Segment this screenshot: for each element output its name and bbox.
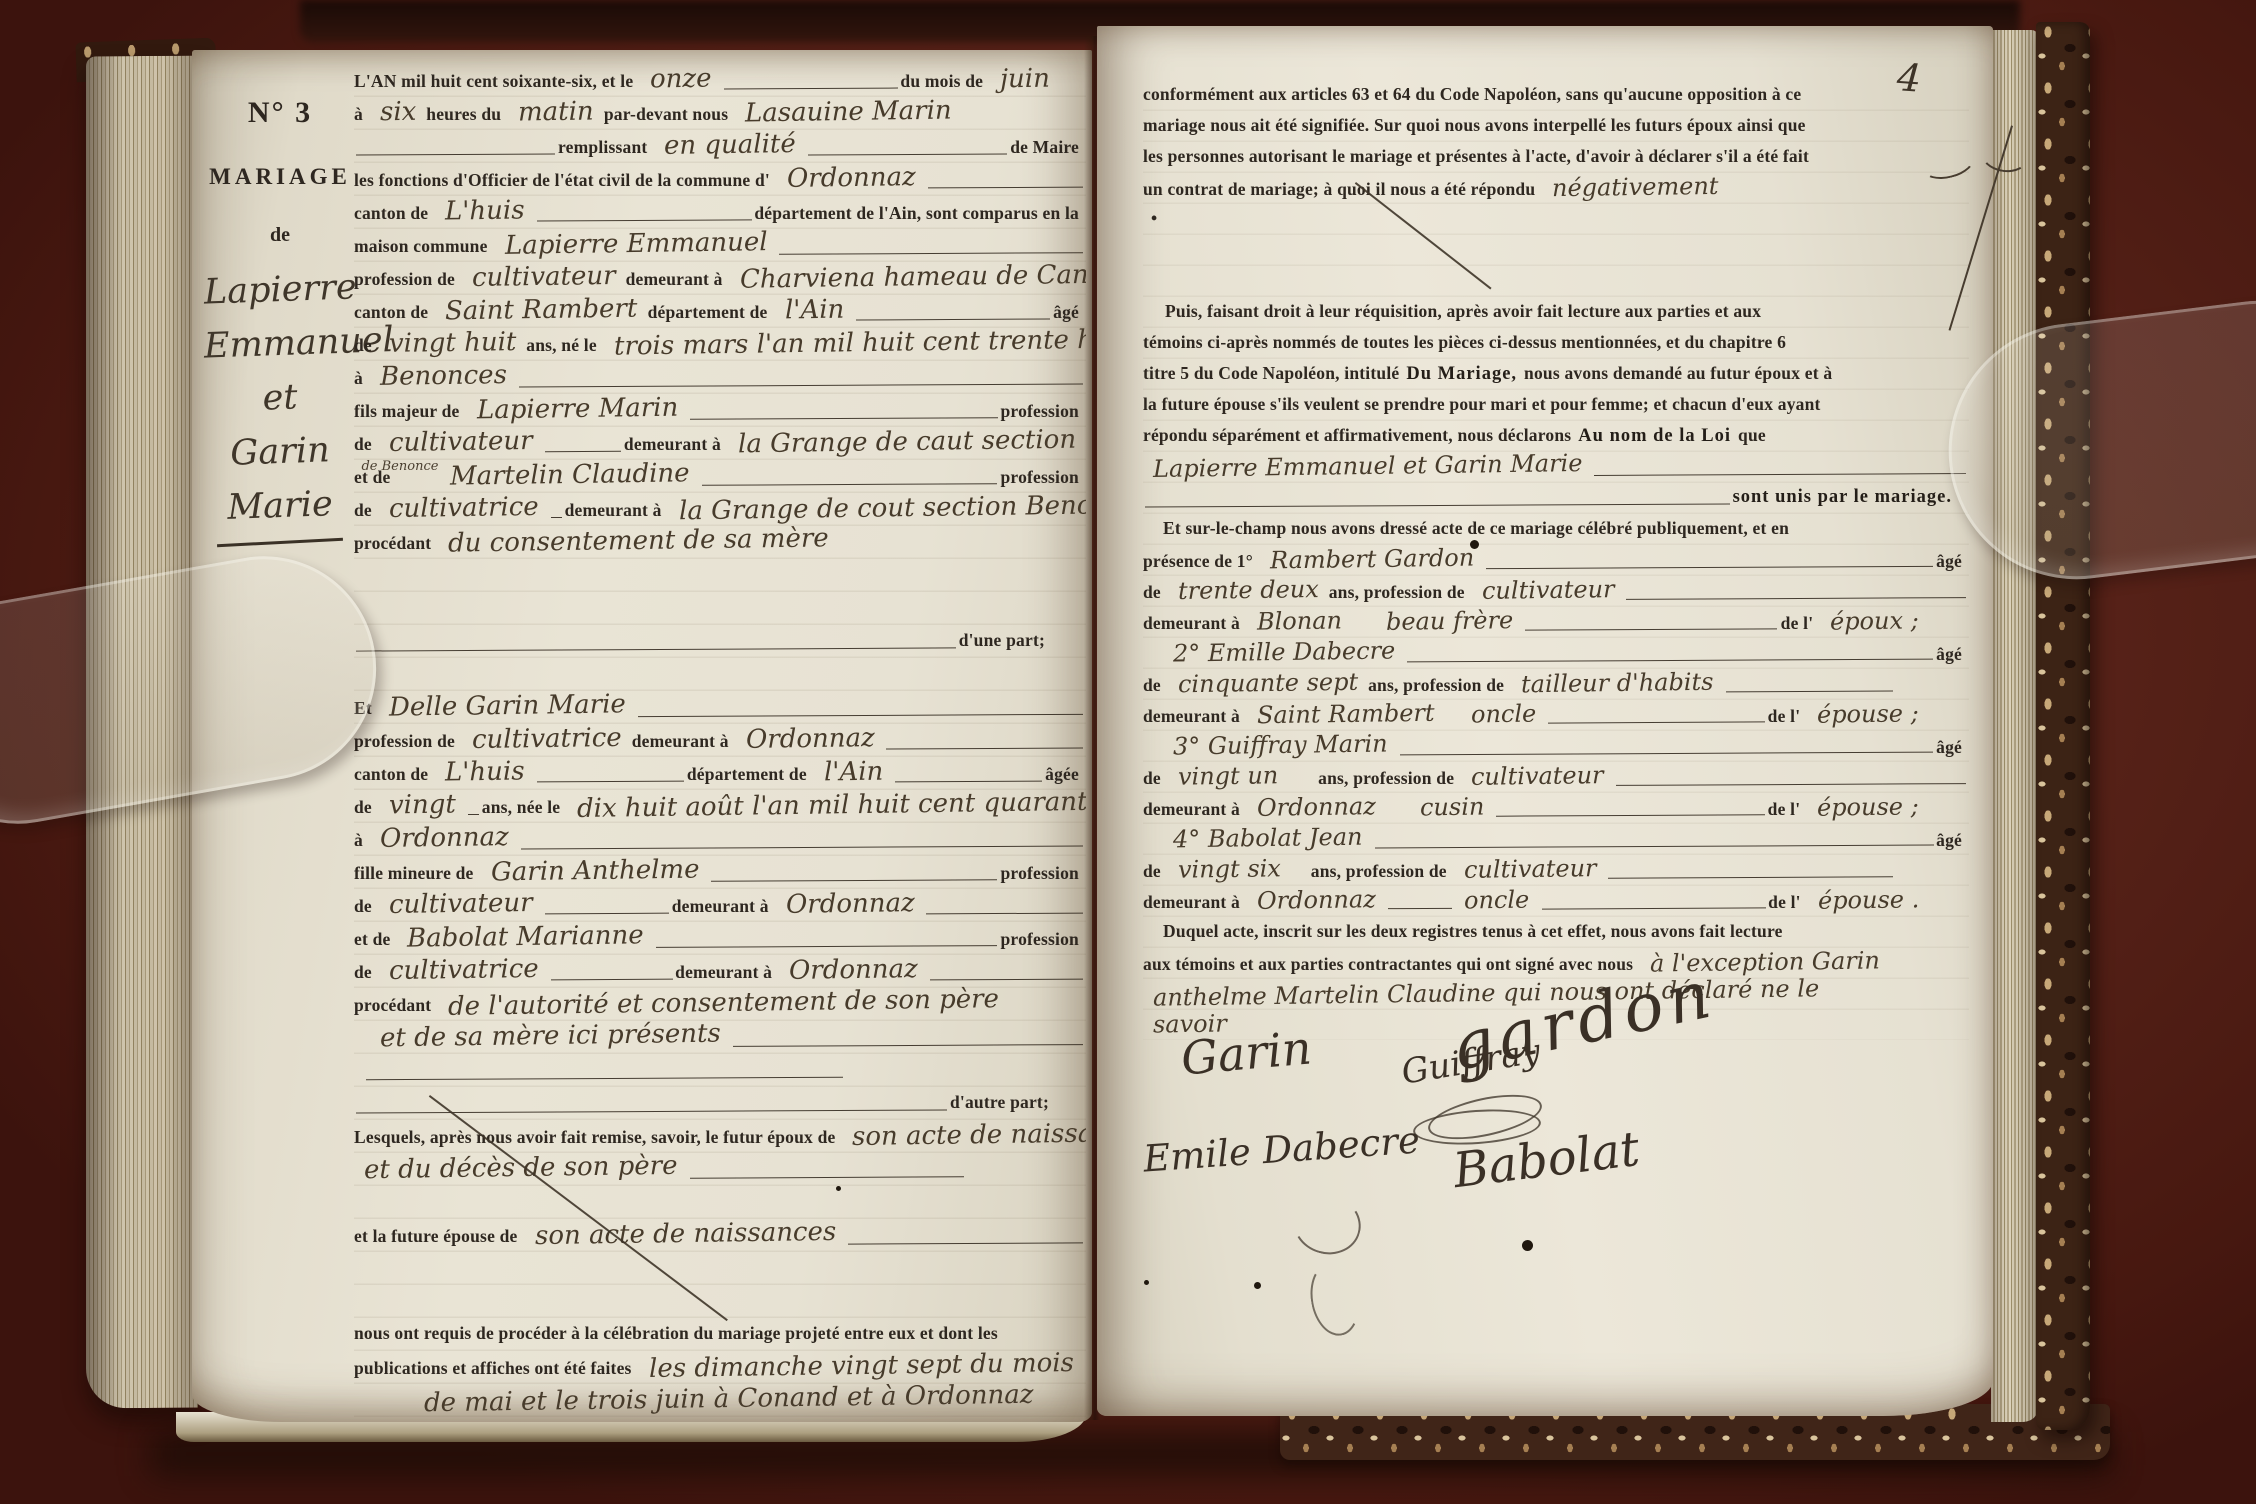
printed-text: publications et affiches ont été faites	[354, 1353, 632, 1383]
printed-text: fils majeur de	[354, 396, 460, 426]
printed-text: de	[1143, 764, 1161, 792]
form-line: decultivatricedemeurant àOrdonnaz	[354, 955, 1086, 988]
handwritten-text: Rambert Gardon	[1270, 544, 1475, 575]
handwritten-text: onze	[650, 64, 712, 94]
fill-in-rule	[806, 130, 1010, 163]
form-line: 2° Emille Dabecreâgé	[1143, 638, 1969, 669]
printed-text: profession de	[354, 264, 455, 294]
printed-text: procédant	[354, 990, 431, 1020]
printed-text: profession de	[354, 726, 455, 756]
handwritten-text: dix huit août l'an mil huit cent quarant…	[577, 786, 1086, 824]
page-number: 4	[1895, 55, 1922, 101]
form-line: maison communeLapierre Emmanuel	[354, 229, 1086, 262]
ink-speck	[1254, 1282, 1261, 1289]
form-line: publications et affiches ont été faitesl…	[354, 1351, 1086, 1384]
form-line: les personnes autorisant le mariage et p…	[1143, 142, 1969, 173]
handwritten-text: épouse ;	[1817, 699, 1919, 728]
handwritten-text: négativement	[1552, 172, 1719, 202]
margin-annotation: N° 3MARIAGEdeLapierreEmmanueletGarinMari…	[204, 72, 356, 544]
fill-in-rule	[854, 295, 1053, 328]
printed-text: aux témoins et aux parties contractantes…	[1143, 950, 1633, 978]
form-line: demeurant àBlonanbeau frèrede l'époux ;	[1143, 607, 1969, 638]
fill-in-rule	[924, 889, 1086, 922]
printed-text: nous ont requis de procéder à la célébra…	[354, 1318, 998, 1348]
fill-in-rule	[1614, 762, 1969, 793]
form-line: àOrdonnaz	[354, 823, 1086, 856]
printed-text: Duquel acte, inscrit sur les deux regist…	[1163, 917, 1783, 945]
printed-text: de	[354, 495, 372, 525]
form-line: nous ont requis de procéder à la célébra…	[354, 1318, 1086, 1351]
fill-in-rule	[846, 1219, 1086, 1252]
handwritten-text: de l'autorité et consentement de son pèr…	[448, 984, 999, 1022]
form-line: d'une part;	[354, 625, 1086, 658]
blank-line	[354, 559, 1086, 592]
form-line: fille mineure deGarin Anthelmeprofession	[354, 856, 1086, 889]
printed-text: profession	[1001, 924, 1080, 954]
form-line: titre 5 du Code Napoléon, intituléDu Mar…	[1143, 359, 1969, 390]
handwritten-text: Ordonnaz	[787, 162, 916, 194]
printed-text: âgé	[1936, 547, 1962, 575]
printed-text: ans, profession de	[1368, 671, 1504, 699]
printed-text: de	[354, 957, 372, 987]
handwritten-text: six	[380, 97, 417, 128]
fill-in-rule	[893, 757, 1045, 790]
handwritten-text: Lapierre Marin	[476, 393, 678, 426]
printed-text: canton de	[354, 759, 428, 789]
printed-text: demeurant à	[624, 429, 721, 459]
printed-text: titre 5 du Code Napoléon, intitulé	[1143, 359, 1399, 387]
fill-in-rule	[1398, 731, 1936, 762]
printed-text: de	[1143, 578, 1161, 606]
form-line: 3° Guiffray Marinâgé	[1143, 731, 1969, 762]
fill-in-rule	[543, 889, 672, 922]
fill-in-rule	[1405, 638, 1936, 669]
printed-text: d'autre part;	[950, 1087, 1049, 1117]
handwritten-text: oncle	[1464, 886, 1530, 915]
form-line: decinquante septans, profession detaille…	[1143, 669, 1969, 700]
form-line: remplissanten qualitéde Maire	[354, 130, 1086, 163]
printed-text: procédant	[354, 528, 431, 558]
form-line: demeurant àOrdonnazonclede l'épouse .	[1143, 886, 1969, 917]
handwritten-text: L'huis	[445, 195, 525, 226]
fill-in-rule	[688, 1153, 967, 1186]
margin-underline	[217, 538, 343, 548]
fill-in-rule	[1540, 886, 1769, 917]
margin-spouse-name: Marie	[203, 476, 357, 535]
fill-in-rule	[1606, 855, 1896, 886]
printed-text: de	[354, 330, 372, 360]
printed-text: par-devant nous	[604, 99, 728, 129]
printed-text: demeurant à	[1143, 795, 1240, 823]
signature-emile-dabecre: Emile Dabecre	[1142, 1118, 1421, 1180]
handwritten-text: cultivatrice	[389, 492, 539, 524]
signature-flourish	[1286, 1186, 1368, 1262]
fill-in-rule	[517, 361, 1086, 394]
form-line: mariage nous ait été signifiée. Sur quoi…	[1143, 111, 1969, 142]
fill-in-rule	[1546, 700, 1768, 731]
form-line: de mai et le trois juin à Conand et à Or…	[354, 1384, 1086, 1417]
printed-text: répondu séparément et affirmativement, n…	[1143, 421, 1571, 449]
handwritten-text: époux ;	[1830, 606, 1919, 635]
printed-text: profession	[1001, 462, 1080, 492]
printed-text: de	[354, 792, 372, 822]
handwritten-text: Ordonnaz	[380, 822, 509, 854]
printed-text: âgé	[1936, 733, 1962, 761]
handwritten-text: oncle	[1470, 700, 1536, 729]
fill-in-rule	[549, 955, 676, 988]
printed-text: à	[354, 99, 363, 129]
handwritten-text: épouse ;	[1817, 792, 1919, 821]
printed-text: d'une part;	[959, 625, 1045, 655]
handwritten-text: la Grange de caut section	[738, 425, 1076, 460]
printed-text: de	[1143, 857, 1161, 885]
handwritten-text: vingt six	[1178, 854, 1281, 883]
fill-in-rule	[1592, 452, 1969, 483]
fill-in-rule	[519, 823, 1086, 856]
form-line: et du décès de son père	[354, 1153, 1086, 1186]
handwritten-text: cultivatrice	[472, 723, 622, 755]
form-line: decultivatricedemeurant àla Grange de co…	[354, 493, 1086, 526]
fill-in-rule	[535, 757, 687, 790]
fill-in-rule	[700, 460, 1000, 493]
printed-text: la future épouse s'ils veulent se prendr…	[1143, 390, 1821, 418]
form-line: Puis, faisant droit à leur réquisition, …	[1143, 297, 1969, 328]
fill-in-rule	[709, 856, 1000, 889]
handwritten-text: son acte de naissance	[852, 1118, 1086, 1152]
printed-text: demeurant à	[1143, 609, 1240, 637]
fill-in-rule	[1494, 793, 1768, 824]
printed-text: Lesquels, après nous avoir fait remise, …	[354, 1122, 835, 1152]
form-line: et la future épouse deson acte de naissa…	[354, 1219, 1086, 1252]
right-page-form-text: conformément aux articles 63 et 64 du Co…	[1143, 80, 1969, 1040]
handwritten-text: Ordonnaz	[789, 954, 918, 986]
printed-text: demeurant à	[672, 891, 769, 921]
marbled-cover-right	[2036, 22, 2090, 1430]
form-line: canton deL'huisdépartement del'Ainâgée	[354, 757, 1086, 790]
fill-in-rule	[654, 922, 1000, 955]
ink-speck	[836, 1186, 841, 1191]
fill-in-rule	[884, 724, 1086, 757]
form-line	[354, 1054, 1086, 1087]
form-line: fils majeur deLapierre Marinprofession	[354, 394, 1086, 427]
form-line: la future épouse s'ils veulent se prendr…	[1143, 390, 1969, 421]
handwritten-text: Garin Anthelme	[490, 855, 699, 888]
printed-text-bold: sont unis par le mariage.	[1733, 483, 1952, 511]
handwritten-text: l'Ain	[824, 757, 884, 788]
handwritten-text: et de sa mère ici présents	[380, 1019, 721, 1054]
handwritten-text: Babolat Marianne	[407, 920, 644, 953]
printed-text: Et sur-le-champ nous avons dressé acte d…	[1163, 514, 1789, 542]
form-line: devingt unans, profession decultivateur	[1143, 762, 1969, 793]
form-line: présence de 1°Rambert Gardonâgé	[1143, 545, 1969, 576]
form-line: et dede BenonceMartelin Claudineprofessi…	[354, 460, 1086, 493]
margin-spouse-name: Lapierre	[203, 260, 357, 319]
margin-act-type: MARIAGE	[204, 164, 356, 190]
printed-text: demeurant à	[565, 495, 662, 525]
handwritten-text: matin	[518, 96, 594, 127]
fill-in-rule	[928, 955, 1086, 988]
form-line: profession decultivatricedemeurant àOrdo…	[354, 724, 1086, 757]
form-line: canton deSaint Rambertdépartement del'Ai…	[354, 295, 1086, 328]
right-page-edge-stack	[1991, 30, 2039, 1422]
handwritten-text: cultivateur	[389, 888, 533, 920]
left-page-form-text: L'AN mil huit cent soixante-six, et leon…	[354, 64, 1086, 1420]
form-line: Duquel acte, inscrit sur les deux regist…	[1143, 917, 1969, 948]
printed-text: les fonctions d'Officier de l'état civil…	[354, 165, 770, 195]
margin-act-number: N° 3	[204, 96, 356, 130]
handwritten-text: son acte de naissances	[534, 1217, 836, 1251]
handwritten-text: la Grange de cout section Benonces	[678, 490, 1086, 527]
handwritten-text: Martelin Claudine	[450, 458, 690, 491]
handwritten-text: Ordonnaz	[1257, 792, 1376, 822]
handwritten-text: Saint Rambert	[445, 294, 638, 327]
handwritten-text: cultivateur	[472, 261, 616, 293]
printed-text: de l'	[1768, 888, 1801, 916]
form-line: devingtans, née ledix huit août l'an mil…	[354, 790, 1086, 823]
form-line: Lapierre Emmanuel et Garin Marie	[1143, 452, 1969, 483]
printed-text: fille mineure de	[354, 858, 474, 888]
fill-in-rule	[1386, 886, 1455, 917]
signature-garin: Garin	[1179, 1020, 1314, 1085]
form-line: témoins ci-après nommés de toutes les pi…	[1143, 328, 1969, 359]
printed-text-bold: Au nom de la Loi	[1578, 422, 1731, 450]
form-line: profession decultivateurdemeurant àCharv…	[354, 262, 1086, 295]
printed-text-bold: Du Mariage,	[1406, 360, 1517, 388]
form-line: devingt huitans, né letrois mars l'an mi…	[354, 328, 1086, 361]
printed-text: •	[1151, 204, 1157, 232]
printed-text: ans, né le	[526, 330, 597, 360]
blank-line	[1143, 266, 1969, 297]
printed-text: du mois de	[900, 66, 983, 96]
printed-text: département de l'Ain, sont comparus en l…	[754, 198, 1079, 228]
printed-text: mariage nous ait été signifiée. Sur quoi…	[1143, 111, 1806, 139]
printed-text: nous avons demandé au futur époux et à	[1524, 359, 1832, 387]
fill-in-rule	[543, 427, 624, 460]
printed-text: profession	[1001, 858, 1080, 888]
handwritten-text: 4° Babolat Jean	[1173, 823, 1363, 854]
fill-in-rule	[731, 1021, 1086, 1054]
fill-in-rule	[354, 130, 558, 163]
form-line: d'autre part;	[354, 1087, 1086, 1120]
ink-speck	[1522, 1240, 1533, 1251]
fill-in-rule	[535, 196, 755, 229]
form-line: demeurant àSaint Rambertonclede l'épouse…	[1143, 700, 1969, 731]
form-line: procédantdu consentement de sa mère	[354, 526, 1086, 559]
handwritten-text: Lapierre Emmanuel	[504, 227, 767, 261]
printed-text: de l'	[1768, 795, 1801, 823]
printed-text: conformément aux articles 63 et 64 du Co…	[1143, 80, 1801, 108]
printed-text: les personnes autorisant le mariage et p…	[1143, 142, 1809, 170]
handwritten-text: et du décès de son père	[364, 1151, 678, 1185]
fill-in-rule	[688, 394, 1001, 427]
handwritten-text: 3° Guiffray Marin	[1173, 730, 1388, 761]
handwritten-text: l'Ain	[784, 295, 844, 326]
printed-text: canton de	[354, 198, 428, 228]
margin-spouse-name: et	[203, 368, 357, 427]
form-line: aux témoins et aux parties contractantes…	[1143, 948, 1969, 979]
handwritten-text: Lapierre Emmanuel et Garin Marie	[1153, 449, 1583, 483]
handwritten-text: Charviena hameau de Cannaz	[739, 259, 1086, 295]
handwritten-text: épouse .	[1818, 885, 1920, 914]
handwritten-text: Ordonnaz	[1257, 885, 1376, 915]
printed-text: présence de 1°	[1143, 547, 1253, 575]
fill-in-rule	[1373, 824, 1937, 855]
fill-in-rule	[722, 64, 901, 97]
handwritten-text: Lasauine Marin	[745, 96, 952, 129]
printed-text: département de	[648, 297, 768, 327]
margin-spouse-name: Emmanuel	[203, 314, 357, 373]
printed-text: que	[1738, 421, 1766, 449]
fill-in-rule	[777, 229, 1086, 262]
fill-in-rule	[354, 1087, 950, 1120]
form-line: devingt sixans, profession decultivateur	[1143, 855, 1969, 886]
handwritten-text: vingt	[389, 790, 456, 821]
handwritten-text: Blonan	[1257, 606, 1342, 635]
printed-text: demeurant à	[1143, 888, 1240, 916]
handwritten-text: vingt huit	[389, 327, 517, 359]
handwritten-text: Saint Rambert	[1257, 699, 1435, 729]
fill-in-rule	[1724, 669, 1896, 700]
fill-in-rule	[1624, 576, 1969, 607]
handwritten-text: cultivatrice	[389, 954, 539, 986]
printed-text: ans, profession de	[1318, 764, 1454, 792]
handwritten-text: trente deux	[1178, 575, 1319, 605]
handwritten-text: tailleur d'habits	[1521, 668, 1714, 699]
blank-line	[354, 658, 1086, 691]
printed-text: de	[1143, 671, 1161, 699]
printed-text: ans, profession de	[1329, 578, 1465, 606]
printed-text: ans, née le	[482, 792, 561, 822]
form-line: Et sur-le-champ nous avons dressé acte d…	[1143, 514, 1969, 545]
fill-in-rule	[1484, 545, 1936, 576]
handwritten-text: 2° Emille Dabecre	[1173, 636, 1396, 667]
handwritten-text: cusin	[1420, 793, 1485, 822]
printed-text: département de	[687, 759, 807, 789]
printed-text: âgé	[1936, 826, 1962, 854]
printed-text: âgée	[1045, 759, 1079, 789]
right-page: conformément aux articles 63 et 64 du Co…	[1097, 26, 1993, 1416]
handwritten-text: Benonces	[380, 360, 507, 392]
ink-speck	[1144, 1280, 1149, 1285]
printed-text: à	[354, 363, 363, 393]
blank-line	[354, 1252, 1086, 1285]
register-photo: N° 3MARIAGEdeLapierreEmmanueletGarinMari…	[0, 0, 2256, 1504]
fill-in-rule	[466, 790, 482, 823]
form-line: decultivateurdemeurant àla Grange de cau…	[354, 427, 1086, 460]
form-line: et deBabolat Marianneprofession	[354, 922, 1086, 955]
form-line: àsixheures dumatinpar-devant nousLasauin…	[354, 97, 1086, 130]
printed-text: canton de	[354, 297, 428, 327]
form-line: demeurant àOrdonnazcusinde l'épouse ;	[1143, 793, 1969, 824]
handwritten-text: les dimanche vingt sept du mois	[648, 1348, 1073, 1384]
form-line: EtDelle Garin Marie	[354, 691, 1086, 724]
form-line: detrente deuxans, profession decultivate…	[1143, 576, 1969, 607]
printed-text: témoins ci-après nommés de toutes les pi…	[1143, 328, 1786, 356]
printed-text: demeurant à	[1143, 702, 1240, 730]
interline-note: de Benonce	[361, 452, 438, 482]
blank-line	[1143, 235, 1969, 266]
handwritten-text: cultivateur	[1471, 761, 1604, 791]
printed-text: de Maire	[1010, 132, 1079, 162]
fill-in-rule	[926, 163, 1086, 196]
printed-text: âgé	[1053, 297, 1079, 327]
handwritten-text: L'huis	[445, 756, 525, 787]
margin-of-label: de	[204, 224, 356, 247]
fill-in-rule	[1143, 483, 1733, 514]
printed-text: et de	[354, 924, 390, 954]
handwritten-text: Ordonnaz	[745, 723, 874, 755]
handwritten-text: cinquante sept	[1178, 668, 1359, 699]
printed-text: ans, profession de	[1311, 857, 1447, 885]
form-line: •	[1143, 204, 1969, 235]
form-line: procédantde l'autorité et consentement d…	[354, 988, 1086, 1021]
fill-in-rule	[364, 1054, 846, 1087]
printed-text: âgé	[1936, 640, 1962, 668]
form-line: canton deL'huisdépartement de l'Ain, son…	[354, 196, 1086, 229]
printed-text: de l'	[1781, 609, 1814, 637]
printed-text: demeurant à	[675, 957, 772, 987]
fill-in-rule	[636, 691, 1086, 724]
handwritten-text: beau frère	[1386, 606, 1514, 636]
fill-in-rule	[1523, 607, 1780, 638]
form-line: L'AN mil huit cent soixante-six, et leon…	[354, 64, 1086, 97]
form-line: répondu séparément et affirmativement, n…	[1143, 421, 1969, 452]
handwritten-text: cultivateur	[1482, 575, 1615, 605]
printed-text: un contrat de mariage; à quoi il nous a …	[1143, 175, 1535, 203]
handwritten-text: Delle Garin Marie	[389, 689, 626, 722]
printed-text: heures du	[426, 99, 501, 129]
printed-text: de l'	[1768, 702, 1801, 730]
margin-spouse-name: Garin	[203, 422, 357, 481]
ink-speck	[1470, 540, 1479, 549]
form-line: un contrat de mariage; à quoi il nous a …	[1143, 173, 1969, 204]
form-line: Lesquels, après nous avoir fait remise, …	[354, 1120, 1086, 1153]
handwritten-text: du consentement de sa mère	[448, 523, 829, 558]
printed-text: L'AN mil huit cent soixante-six, et le	[354, 66, 633, 96]
printed-text: maison commune	[354, 231, 488, 261]
printed-text: remplissant	[558, 132, 647, 162]
handwritten-text: en qualité	[664, 129, 796, 161]
handwritten-text: de mai et le trois juin à Conand et à Or…	[424, 1380, 1034, 1419]
handwritten-text: cultivateur	[1464, 854, 1597, 884]
printed-text: demeurant à	[626, 264, 723, 294]
printed-text: Puis, faisant droit à leur réquisition, …	[1165, 297, 1761, 325]
form-line: conformément aux articles 63 et 64 du Co…	[1143, 80, 1969, 111]
handwritten-text: trois mars l'an mil huit cent trente hui…	[614, 324, 1086, 361]
fill-in-rule	[549, 493, 565, 526]
handwritten-text: juin	[1000, 64, 1050, 94]
form-line: et de sa mère ici présents	[354, 1021, 1086, 1054]
form-line: 4° Babolat Jeanâgé	[1143, 824, 1969, 855]
form-line: les fonctions d'Officier de l'état civil…	[354, 163, 1086, 196]
printed-text: de	[354, 891, 372, 921]
handwritten-text: vingt un	[1178, 761, 1279, 790]
blank-line	[354, 1186, 1086, 1219]
form-line: àBenonces	[354, 361, 1086, 394]
printed-text: profession	[1001, 396, 1080, 426]
printed-text: et la future épouse de	[354, 1221, 518, 1251]
signature-flourish	[1305, 1258, 1365, 1339]
handwritten-text: Ordonnaz	[786, 888, 915, 920]
printed-text: à	[354, 825, 363, 855]
fill-in-rule	[354, 625, 959, 658]
form-line: sont unis par le mariage.	[1143, 483, 1969, 514]
blank-line	[354, 592, 1086, 625]
form-line: decultivateurdemeurant àOrdonnaz	[354, 889, 1086, 922]
printed-text: demeurant à	[632, 726, 729, 756]
